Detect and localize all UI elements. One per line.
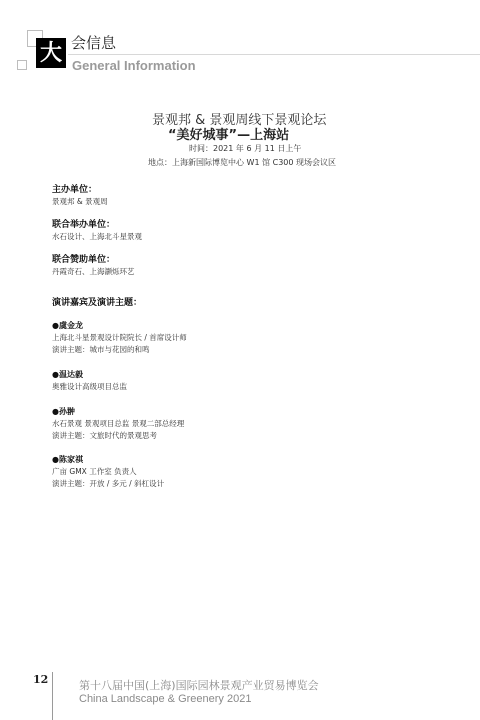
speaker-topic: 演讲主题：开放 / 多元 / 斜杠设计 [52, 478, 164, 490]
speaker-topic: 演讲主题：城市与花园的和鸣 [52, 344, 187, 356]
section-value: 水石设计、上海北斗星景观 [52, 231, 142, 243]
page-number: 12 [33, 673, 48, 686]
section-label: 主办单位： [52, 184, 108, 196]
speaker-title: 上海北斗星景观设计院院长 / 首席设计师 [52, 332, 187, 344]
organizer-section: 主办单位： 景观邦 & 景观周 [52, 184, 108, 208]
speaker-topic: 演讲主题：文旅时代的景观思考 [52, 430, 184, 442]
footer-title-en: China Landscape & Greenery 2021 [79, 693, 251, 705]
decorative-small-box [17, 60, 27, 70]
speaker-item: ●陈家祺 广亩 GMX 工作室 负责人 演讲主题：开放 / 多元 / 斜杠设计 [52, 454, 164, 490]
speakers-heading-block: 演讲嘉宾及演讲主题： [52, 297, 142, 309]
section-label: 联合赞助单位： [52, 254, 135, 266]
speaker-name: ●孙翀 [52, 406, 184, 418]
speaker-title: 广亩 GMX 工作室 负责人 [52, 466, 164, 478]
footer-divider [52, 672, 53, 720]
event-subtitle: “美好城事”—上海站 [168, 124, 289, 143]
speaker-title: 奥雅设计高级项目总监 [52, 381, 127, 393]
sponsor-section: 联合赞助单位： 丹霞奇石、上海灏烁环艺 [52, 254, 135, 278]
speaker-name: ●陈家祺 [52, 454, 164, 466]
section-value: 丹霞奇石、上海灏烁环艺 [52, 266, 135, 278]
speaker-item: ●孙翀 水石景观 景观项目总监 景观二部总经理 演讲主题：文旅时代的景观思考 [52, 406, 184, 442]
footer-title-cn: 第十八届中国(上海)国际园林景观产业贸易博览会 [79, 677, 319, 693]
event-venue: 地点：上海新国际博览中心 W1 馆 C300 现场会议区 [148, 157, 336, 168]
section-label: 联合举办单位： [52, 219, 142, 231]
section-value: 景观邦 & 景观周 [52, 196, 108, 208]
section-badge: 大 [36, 38, 66, 68]
section-title-en: General Information [72, 58, 196, 73]
co-organizer-section: 联合举办单位： 水石设计、上海北斗星景观 [52, 219, 142, 243]
speaker-name: ●虞金龙 [52, 320, 187, 332]
section-title-cn: 会信息 [71, 32, 116, 53]
speaker-title: 水石景观 景观项目总监 景观二部总经理 [52, 418, 184, 430]
speaker-name: ●温达毅 [52, 369, 127, 381]
event-time: 时间：2021 年 6 月 11 日上午 [189, 143, 301, 154]
speaker-item: ●虞金龙 上海北斗星景观设计院院长 / 首席设计师 演讲主题：城市与花园的和鸣 [52, 320, 187, 356]
header-divider [68, 54, 480, 55]
speakers-heading: 演讲嘉宾及演讲主题： [52, 297, 142, 309]
speaker-item: ●温达毅 奥雅设计高级项目总监 [52, 369, 127, 393]
